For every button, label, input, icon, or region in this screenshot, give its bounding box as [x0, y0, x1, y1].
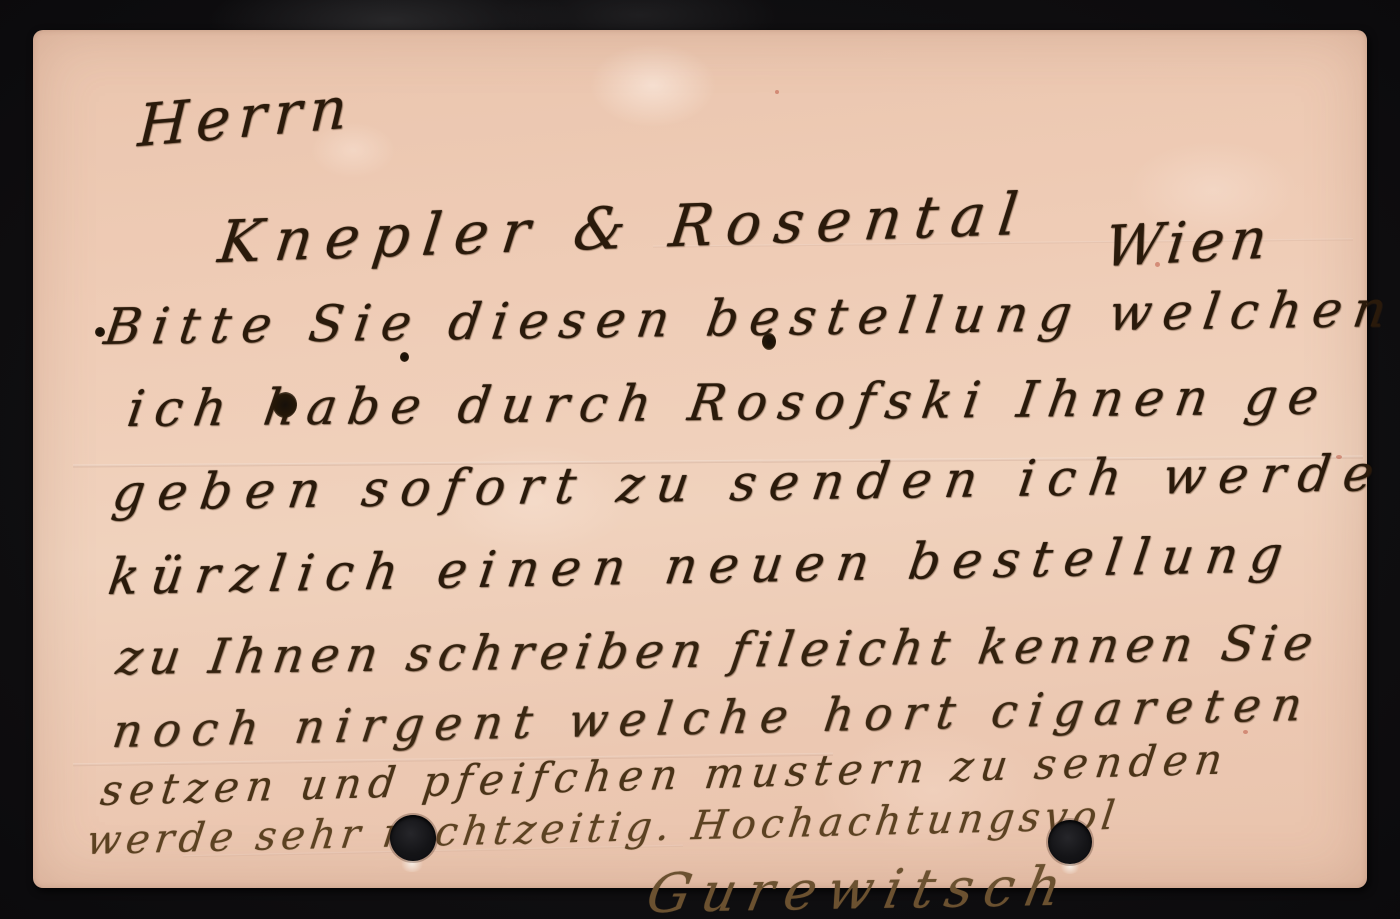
handwriting-line: kürzlich einen neuen bestellung [105, 525, 1298, 606]
handwriting-line: Bitte Sie diesen bestellung welchen [101, 280, 1400, 356]
signature: Gurewitsch [642, 854, 1078, 919]
handwriting-line: zu Ihnen schreiben fileicht kennen Sie [113, 615, 1323, 686]
place-line: Wien [1101, 206, 1277, 280]
salutation-line: Herrn [136, 73, 356, 161]
paper-speck [1243, 730, 1248, 734]
postcard: Herrn Knepler & Rosental Wien Bitte Sie … [33, 30, 1367, 888]
paper-speck [1336, 455, 1342, 459]
handwriting-line: geben sofort zu senden ich werde [109, 444, 1390, 522]
ink-blot [762, 333, 776, 350]
paper-speck [775, 90, 779, 94]
addressee-line: Knepler & Rosental [215, 180, 1035, 277]
punch-hole [1048, 820, 1092, 864]
punch-hole [390, 815, 436, 861]
handwriting-line: ich habe durch Rosofski Ihnen ge [124, 367, 1334, 438]
paper-speck [1155, 262, 1160, 267]
ink-blot [95, 327, 105, 337]
ink-blot [400, 352, 409, 362]
